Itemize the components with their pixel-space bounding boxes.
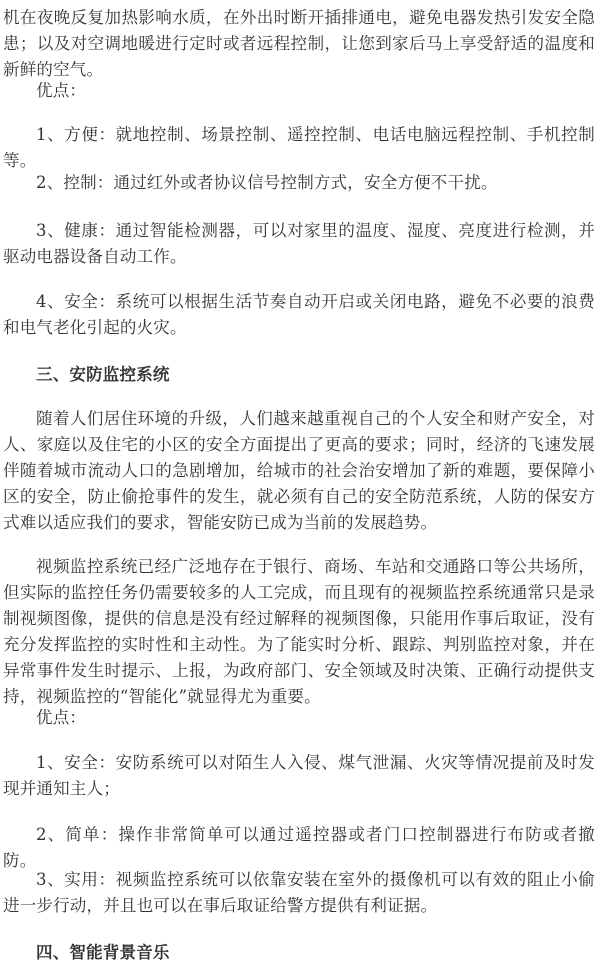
- advantages-label-2: 优点：: [3, 705, 595, 731]
- section-heading-security: 三、安防监控系统: [3, 362, 595, 388]
- advantage-item-safety: 4、安全：系统可以根据生活节奏自动开启或关闭电路，避免不必要的浪费和电气老化引起…: [3, 289, 595, 341]
- section-heading-music: 四、智能背景音乐: [3, 940, 595, 965]
- paragraph-video-surveillance: 视频监控系统已经广泛地存在于银行、商场、车站和交通路口等公共场所，但实际的监控任…: [3, 554, 595, 710]
- advantage-item-control: 2、控制：通过红外或者协议信号控制方式，安全方便不干扰。: [3, 170, 595, 196]
- advantages-label: 优点：: [3, 78, 595, 104]
- advantage-item-practical: 3、实用：视频监控系统可以依靠安装在室外的摄像机可以有效的阻止小偷进一步行动，并…: [3, 867, 595, 919]
- advantage-item-security: 1、安全：安防系统可以对陌生人入侵、煤气泄漏、火灾等情况提前及时发现并通知主人；: [3, 750, 595, 802]
- advantage-item-health: 3、健康：通过智能检测器，可以对家里的温度、湿度、亮度进行检测，并驱动电器设备自…: [3, 218, 595, 270]
- paragraph-security-intro: 随着人们居住环境的升级，人们越来越重视自己的个人安全和财产安全，对人、家庭以及住…: [3, 406, 595, 536]
- advantage-item-convenience: 1、方便：就地控制、场景控制、遥控控制、电话电脑远程控制、手机控制等。: [3, 122, 595, 174]
- paragraph-continuation: 机在夜晚反复加热影响水质，在外出时断开插排通电，避免电器发热引发安全隐患；以及对…: [3, 5, 595, 83]
